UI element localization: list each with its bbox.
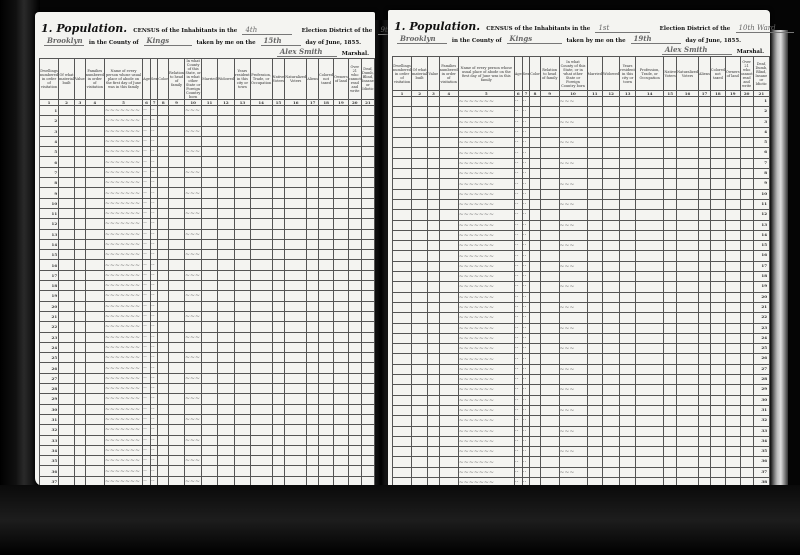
handwritten-entry: ~~~ (185, 435, 202, 445)
handwritten-name: ~~~~~~~ (104, 363, 142, 373)
handwritten-name: ~~~~~~~ (104, 332, 142, 342)
handwritten-entry: ·· (150, 404, 157, 414)
row-number: 33 (40, 435, 59, 445)
column-header: Naturalized Voters (677, 57, 699, 91)
handwritten-entry: ·· (150, 445, 157, 455)
census-cell (677, 436, 699, 446)
census-cell (540, 405, 559, 415)
census-cell (185, 301, 202, 311)
census-cell (361, 363, 374, 373)
census-cell (202, 250, 217, 260)
census-cell (530, 457, 541, 467)
census-cell (158, 188, 169, 198)
census-cell (169, 435, 185, 445)
census-cell (725, 457, 740, 467)
census-cell (75, 270, 86, 280)
census-page-left: 1. Population. CENSUS of the Inhabitants… (35, 12, 375, 486)
census-cell (348, 229, 361, 239)
census-cell (285, 311, 307, 321)
census-cell (602, 313, 619, 323)
census-cell (202, 363, 217, 373)
census-cell (250, 106, 272, 116)
census-cell (158, 353, 169, 363)
census-cell (393, 364, 412, 374)
census-cell (540, 241, 559, 251)
census-cell (699, 158, 711, 168)
handwritten-entry: ·· (522, 354, 529, 364)
census-cell (620, 405, 636, 415)
census-cell (75, 466, 86, 476)
handwritten-name: ~~~~~~~ (458, 261, 514, 271)
census-cell (272, 414, 285, 424)
census-cell (217, 301, 234, 311)
census-row: ~~~~~~~····~~~ (393, 467, 770, 477)
census-row: ~~~~~~~···· (393, 416, 770, 426)
census-cell (75, 136, 86, 146)
row-number: 19 (761, 283, 767, 288)
census-cell (710, 282, 725, 292)
census-cell (85, 311, 104, 321)
census-cell (699, 189, 711, 199)
census-cell (348, 342, 361, 352)
census-cell (602, 241, 619, 251)
handwritten-entry: ~~~ (185, 332, 202, 342)
census-cell (635, 302, 663, 312)
handwritten-name: ~~~~~~~ (104, 456, 142, 466)
census-cell (75, 291, 86, 301)
census-cell (620, 395, 636, 405)
census-cell (285, 136, 307, 146)
handwritten-entry: ·· (150, 414, 157, 424)
census-cell (412, 426, 428, 436)
census-cell (169, 198, 185, 208)
handwritten-name: ~~~~~~~ (458, 292, 514, 302)
census-cell (540, 467, 559, 477)
row-number: 31 (40, 414, 59, 424)
census-cell (530, 230, 541, 240)
census-cell (710, 158, 725, 168)
census-cell (285, 445, 307, 455)
census-cell (587, 107, 602, 117)
census-cell (285, 435, 307, 445)
census-cell (635, 333, 663, 343)
handwritten-entry: ·· (143, 311, 151, 321)
census-cell (428, 148, 440, 158)
row-number: 21 (40, 311, 59, 321)
census-cell (319, 126, 334, 136)
census-cell (602, 375, 619, 385)
census-cell (217, 425, 234, 435)
census-cell (710, 220, 725, 230)
handwritten-entry: ·· (514, 179, 522, 189)
census-cell (635, 210, 663, 220)
column-header: Over 21 who cannot read and write (740, 57, 753, 91)
census-cell (677, 364, 699, 374)
census-cell (285, 208, 307, 218)
row-number: 27 (761, 366, 767, 371)
handwritten-entry: ·· (143, 188, 151, 198)
census-cell (740, 282, 753, 292)
census-row: 4~~~~~~~···· (40, 136, 375, 146)
census-cell (235, 208, 251, 218)
census-cell (620, 272, 636, 282)
census-cell (361, 208, 374, 218)
census-cell (185, 178, 202, 188)
census-cell (559, 251, 587, 261)
census-cell (393, 323, 412, 333)
handwritten-entry: ·· (522, 138, 529, 148)
census-cell (725, 375, 740, 385)
handwritten-entry: ·· (514, 189, 522, 199)
census-cell (664, 302, 677, 312)
census-cell (158, 198, 169, 208)
census-row: 17~~~~~~~····~~~ (40, 270, 375, 280)
handwritten-entry: ·· (514, 261, 522, 271)
census-row: ~~~~~~~···· (393, 375, 770, 385)
census-row: 7~~~~~~~····~~~ (40, 167, 375, 177)
census-cell (699, 447, 711, 457)
census-cell (664, 251, 677, 261)
census-cell (250, 116, 272, 126)
census-cell (334, 157, 349, 167)
row-number: 1 (40, 106, 59, 116)
row-number: 36 (761, 458, 767, 463)
census-cell (559, 169, 587, 179)
census-cell (439, 292, 458, 302)
census-cell (620, 282, 636, 292)
census-cell (439, 436, 458, 446)
census-cell (158, 404, 169, 414)
census-row: ~~~~~~~····~~~ (393, 138, 770, 148)
census-cell (202, 456, 217, 466)
census-cell (217, 147, 234, 157)
handwritten-entry: ·· (522, 375, 529, 385)
census-cell (361, 394, 374, 404)
census-row: 28~~~~~~~···· (40, 384, 375, 394)
handwritten-entry: ~~~ (185, 147, 202, 157)
census-cell (85, 167, 104, 177)
column-header: Families numbered in order of visitation (85, 59, 104, 100)
census-cell (439, 169, 458, 179)
census-row: 16~~~~~~~···· (40, 260, 375, 270)
census-cell (559, 189, 587, 199)
handwritten-entry: ·· (150, 147, 157, 157)
census-cell (185, 322, 202, 332)
census-cell (319, 425, 334, 435)
census-cell (753, 158, 769, 168)
column-header: Age (143, 59, 151, 100)
census-cell (559, 148, 587, 158)
census-cell (272, 188, 285, 198)
census-cell (272, 342, 285, 352)
census-cell (740, 385, 753, 395)
row-number: 20 (40, 301, 59, 311)
handwritten-entry: ·· (143, 322, 151, 332)
census-cell (725, 426, 740, 436)
handwritten-entry: ·· (143, 384, 151, 394)
census-cell (361, 281, 374, 291)
census-cell (740, 138, 753, 148)
census-cell (559, 457, 587, 467)
census-cell (217, 342, 234, 352)
handwritten-entry: ·· (143, 425, 151, 435)
census-cell (235, 281, 251, 291)
census-cell (59, 270, 75, 280)
census-cell (530, 405, 541, 415)
census-cell (250, 157, 272, 167)
row-number: 9 (40, 188, 59, 198)
census-cell (348, 167, 361, 177)
census-cell (439, 272, 458, 282)
census-cell (235, 270, 251, 280)
handwritten-entry: ·· (143, 414, 151, 424)
census-cell (587, 385, 602, 395)
handwritten-entry: ·· (514, 282, 522, 292)
census-cell (602, 467, 619, 477)
census-row: 25~~~~~~~····~~~ (40, 353, 375, 363)
handwritten-entry: ·· (522, 189, 529, 199)
census-cell (699, 199, 711, 209)
census-cell (169, 394, 185, 404)
census-cell (664, 117, 677, 127)
census-cell (85, 208, 104, 218)
census-cell (169, 188, 185, 198)
census-cell (59, 126, 75, 136)
census-cell (185, 342, 202, 352)
census-cell (530, 426, 541, 436)
census-cell (710, 261, 725, 271)
census-cell (285, 116, 307, 126)
census-cell (85, 147, 104, 157)
row-number: 34 (40, 445, 59, 455)
column-header: Colored not taxed (710, 57, 725, 91)
census-cell (635, 169, 663, 179)
census-cell (319, 301, 334, 311)
census-cell (85, 281, 104, 291)
census-cell (587, 354, 602, 364)
census-cell (361, 260, 374, 270)
census-cell (85, 384, 104, 394)
census-cell (158, 445, 169, 455)
census-cell (272, 157, 285, 167)
census-cell (235, 342, 251, 352)
census-cell (725, 405, 740, 415)
census-cell (59, 188, 75, 198)
handwritten-name: ~~~~~~~ (458, 169, 514, 179)
census-cell (439, 467, 458, 477)
census-cell (361, 157, 374, 167)
handwritten-entry: ·· (150, 394, 157, 404)
census-cell (439, 241, 458, 251)
census-cell (587, 199, 602, 209)
census-cell (158, 106, 169, 116)
census-cell (75, 157, 86, 167)
handwritten-entry: ·· (150, 106, 157, 116)
census-cell (75, 260, 86, 270)
census-cell (587, 282, 602, 292)
census-cell (85, 425, 104, 435)
census-cell (428, 117, 440, 127)
census-cell (530, 179, 541, 189)
census-cell (587, 344, 602, 354)
census-row: ~~~~~~~····~~~ (393, 220, 770, 230)
census-cell (412, 302, 428, 312)
census-cell (75, 456, 86, 466)
handwritten-entry: ·· (514, 302, 522, 312)
census-cell (250, 147, 272, 157)
census-cell (635, 97, 663, 107)
census-cell (635, 292, 663, 302)
census-cell (664, 158, 677, 168)
census-row: 24~~~~~~~···· (40, 342, 375, 352)
handwritten-entry: ·· (150, 384, 157, 394)
census-cell (740, 447, 753, 457)
row-number: 29 (761, 386, 767, 391)
census-cell (620, 467, 636, 477)
census-cell (635, 117, 663, 127)
census-cell (334, 425, 349, 435)
census-cell (75, 167, 86, 177)
census-cell (285, 342, 307, 352)
column-header: Married (202, 59, 217, 100)
census-cell (217, 404, 234, 414)
census-cell (428, 302, 440, 312)
census-cell (319, 147, 334, 157)
census-cell (602, 199, 619, 209)
census-cell (348, 188, 361, 198)
census-cell (393, 158, 412, 168)
census-cell (677, 467, 699, 477)
census-cell (725, 364, 740, 374)
census-cell (602, 117, 619, 127)
census-cell (185, 198, 202, 208)
census-cell (620, 189, 636, 199)
column-header: Deaf, Dumb, Blind, Insane or Idiotic (361, 59, 374, 100)
handwritten-name: ~~~~~~~ (458, 117, 514, 127)
census-cell (334, 342, 349, 352)
row-number: 8 (764, 170, 767, 175)
census-cell (677, 302, 699, 312)
census-cell (85, 445, 104, 455)
census-cell (393, 385, 412, 395)
handwritten-entry: ~~~ (559, 385, 587, 395)
census-cell (334, 404, 349, 414)
census-cell (664, 385, 677, 395)
census-cell (319, 373, 334, 383)
census-row: ~~~~~~~····~~~ (393, 344, 770, 354)
handwritten-name: ~~~~~~~ (104, 322, 142, 332)
census-cell (272, 384, 285, 394)
handwritten-name: ~~~~~~~ (104, 167, 142, 177)
census-cell (664, 169, 677, 179)
census-cell (530, 313, 541, 323)
census-cell (559, 436, 587, 446)
census-cell (699, 148, 711, 158)
census-cell (602, 261, 619, 271)
census-cell (393, 117, 412, 127)
census-cell (285, 167, 307, 177)
census-cell (635, 385, 663, 395)
census-cell (59, 414, 75, 424)
handwritten-entry: ·· (522, 313, 529, 323)
census-row: ~~~~~~~····~~~ (393, 302, 770, 312)
census-cell (319, 116, 334, 126)
census-cell (307, 466, 319, 476)
census-cell (393, 313, 412, 323)
census-cell (307, 414, 319, 424)
census-row: ~~~~~~~···· (393, 313, 770, 323)
census-cell (664, 189, 677, 199)
census-cell (699, 364, 711, 374)
census-cell (285, 291, 307, 301)
census-cell (393, 447, 412, 457)
census-cell (202, 332, 217, 342)
census-cell (725, 97, 740, 107)
census-cell (620, 375, 636, 385)
handwritten-entry: ·· (522, 117, 529, 127)
census-cell (307, 157, 319, 167)
census-cell (587, 323, 602, 333)
census-cell (217, 157, 234, 167)
handwritten-name: ~~~~~~~ (104, 311, 142, 321)
census-cell (272, 373, 285, 383)
census-cell (530, 220, 541, 230)
census-cell (753, 107, 769, 117)
census-cell (635, 199, 663, 209)
census-cell (272, 332, 285, 342)
census-cell (725, 210, 740, 220)
census-cell (361, 229, 374, 239)
census-cell (620, 292, 636, 302)
column-header: Dwellings numbered in order of visitatio… (393, 57, 412, 91)
census-cell (725, 292, 740, 302)
census-cell (361, 311, 374, 321)
census-cell (412, 179, 428, 189)
census-cell (319, 332, 334, 342)
census-cell (428, 385, 440, 395)
census-cell (602, 210, 619, 220)
census-cell (272, 281, 285, 291)
census-cell (348, 373, 361, 383)
census-cell (75, 404, 86, 414)
page-title-line: 1. Population. CENSUS of the Inhabitants… (41, 22, 369, 36)
handwritten-entry: ·· (522, 210, 529, 220)
census-cell (235, 445, 251, 455)
handwritten-entry: ·· (522, 302, 529, 312)
census-cell (635, 313, 663, 323)
census-cell (587, 230, 602, 240)
book-binding-left (0, 0, 40, 555)
census-cell (530, 292, 541, 302)
handwritten-entry: ·· (514, 395, 522, 405)
handwritten-entry: ·· (522, 158, 529, 168)
census-cell (677, 107, 699, 117)
handwritten-entry: ~~~ (185, 414, 202, 424)
census-cell (75, 250, 86, 260)
census-cell (620, 416, 636, 426)
census-cell (75, 229, 86, 239)
census-cell (530, 323, 541, 333)
census-cell (59, 136, 75, 146)
census-cell (217, 394, 234, 404)
census-cell (428, 416, 440, 426)
census-cell (85, 260, 104, 270)
census-cell (664, 313, 677, 323)
census-cell (272, 239, 285, 249)
census-cell (559, 230, 587, 240)
census-cell (587, 272, 602, 282)
census-cell (412, 313, 428, 323)
